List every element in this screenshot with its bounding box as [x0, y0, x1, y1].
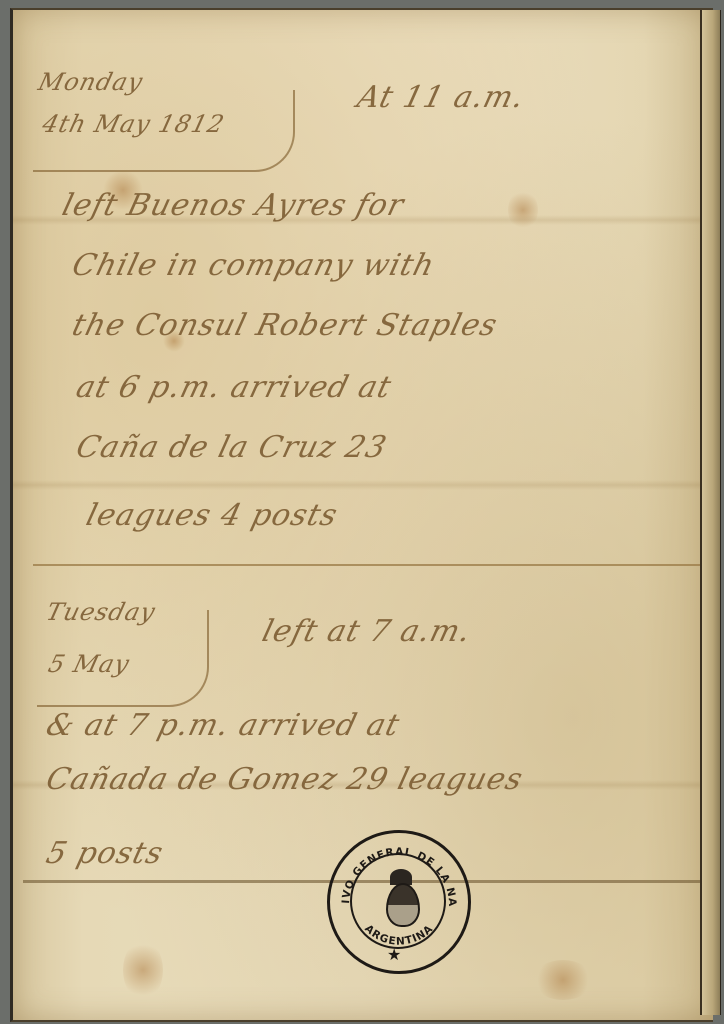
stain [533, 960, 593, 1000]
entry-line: Chile in company with [69, 248, 439, 283]
entry-line: at 6 p.m. arrived at [73, 370, 396, 405]
archive-stamp: ARCHIVO GENERAL DE LA NACIÓN ARGENTINA ★ [327, 830, 471, 974]
coat-of-arms-icon [386, 883, 420, 927]
entry-line: the Consul Robert Staples [69, 308, 502, 343]
paper-fold [13, 480, 713, 490]
entry-line: 5 posts [43, 836, 167, 871]
stain [123, 940, 163, 1000]
ruled-divider [33, 564, 703, 566]
manuscript-page: Monday 4th May 1812 At 11 a.m. left Buen… [10, 8, 713, 1022]
entry-line: leagues 4 posts [83, 498, 342, 533]
page-edge [700, 10, 721, 1015]
star-icon: ★ [387, 945, 401, 964]
date-bracket [37, 610, 209, 707]
stamp-inner-ring [350, 853, 446, 949]
entry-line: Cañada de Gomez 29 leagues [43, 762, 527, 797]
entry-line: Caña de la Cruz 23 [73, 430, 391, 465]
entry-line: left Buenos Ayres for [59, 188, 408, 223]
entry-time: left at 7 a.m. [259, 614, 475, 649]
date-bracket [33, 90, 295, 172]
stain [508, 190, 538, 230]
entry-line: & at 7 p.m. arrived at [43, 708, 404, 743]
entry-time: At 11 a.m. [354, 80, 529, 115]
